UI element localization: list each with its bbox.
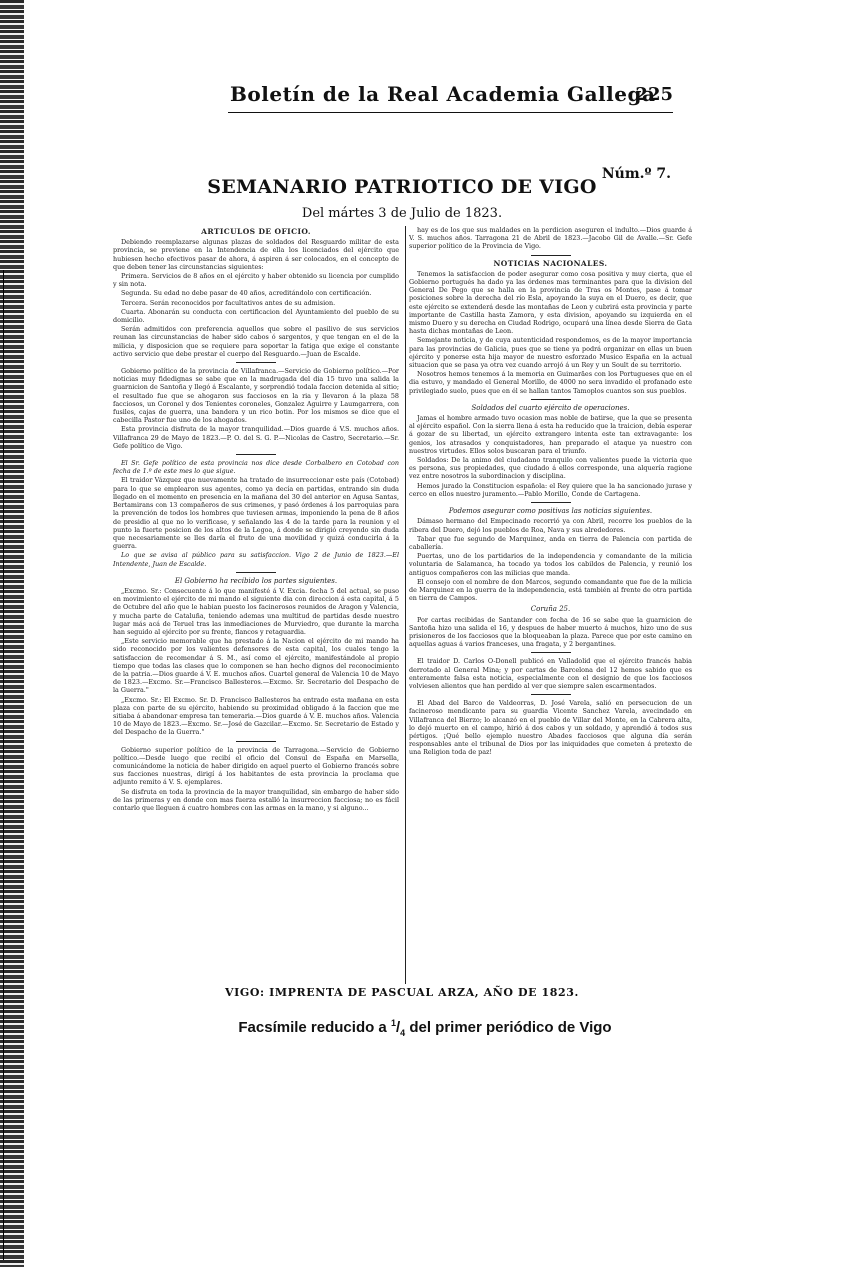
paragraph: „Excmo. Sr.: Consecuente á lo que manife…	[113, 587, 399, 636]
caption-fraction-numerator: 1	[391, 1018, 396, 1028]
divider	[531, 502, 571, 503]
paragraph: El traidor Vázquez que nuevamente ha tra…	[113, 476, 399, 550]
paragraph: Segunda. Su edad no debe pasar de 40 año…	[113, 289, 399, 297]
paragraph: Se disfruta en toda la provincia de la m…	[113, 788, 399, 813]
paragraph: Lo que se avisa al público para su satis…	[113, 551, 399, 567]
paragraph: El consejo con el nombre de don Marcos, …	[409, 578, 692, 603]
paragraph: Puertas, uno de los partidarios de la in…	[409, 552, 692, 577]
paragraph: El Abad del Barco de Valdeorras, D. José…	[409, 699, 692, 756]
newspaper-dateline: Del mártes 3 de Julio de 1823.	[113, 206, 691, 221]
subheading-noticias-positivas: Podemos asegurar como positivas las noti…	[409, 507, 692, 515]
divider	[236, 454, 276, 455]
printer-imprint: VIGO: IMPRENTA DE PASCUAL ARZA, AÑO DE 1…	[113, 986, 691, 999]
divider	[531, 652, 571, 653]
newspaper-facsimile: Núm.º 7. SEMANARIO PATRIOTICO DE VIGO De…	[113, 160, 691, 1010]
page-number: 225	[635, 84, 673, 105]
paragraph: Dámaso hermano del Empecinado recorrió y…	[409, 517, 692, 533]
newspaper-masthead: SEMANARIO PATRIOTICO DE VIGO	[113, 176, 691, 198]
paragraph: Esta provincia disfruta de la mayor tran…	[113, 425, 399, 450]
paragraph: Gobierno político de la provincia de Vil…	[113, 367, 399, 424]
paragraph: Gobierno superior político de la provinc…	[113, 746, 399, 787]
divider	[531, 399, 571, 400]
paragraph: Semejante noticia, y de cuya autenticida…	[409, 336, 692, 369]
paragraph: „Este servicio memorable que ha prestado…	[113, 637, 399, 694]
book-spine-edge	[3, 270, 4, 1260]
paragraph: hay es de los que sus maldades en la per…	[409, 226, 692, 251]
paragraph: Cuarta. Abonarán su conducta con certifi…	[113, 308, 399, 324]
divider	[236, 362, 276, 363]
figure-caption: Facsímile reducido a 1/4 del primer peri…	[0, 1018, 850, 1038]
paragraph: Jamas el hombre armado tuvo ocasion mas …	[409, 414, 692, 455]
journal-title: Boletín de la Real Academia Gallega	[230, 82, 655, 106]
paragraph: Por cartas recibidas de Santander con fe…	[409, 616, 692, 649]
paragraph: El traidor D. Carlos O-Donell publicó en…	[409, 657, 692, 690]
paragraph: Nosotros hemos tenemos á la memoria en G…	[409, 370, 692, 395]
subheading-gobierno-partes: El Gobierno ha recibido los partes sigui…	[113, 577, 399, 585]
subheading-coruna: Coruña 25.	[409, 605, 692, 613]
paragraph: „Excmo. Sr.: El Excmo. Sr. D. Francisco …	[113, 696, 399, 737]
caption-suffix: del primer periódico de Vigo	[405, 1019, 611, 1036]
paragraph: Tercera. Serán reconocidos por facultati…	[113, 299, 399, 307]
paragraph: Serán admitidos con preferencia aquellos…	[113, 325, 399, 358]
paragraph: Hemos jurado la Constitucion española: e…	[409, 482, 692, 498]
paragraph: Primera. Servicios de 8 años en el ejérc…	[113, 272, 399, 288]
subheading-gefe-politico: El Sr. Gefe político de esta provincia n…	[113, 459, 399, 475]
divider	[236, 741, 276, 742]
paragraph: Tabar que fue segundo de Marquinez, anda…	[409, 535, 692, 551]
divider	[531, 694, 571, 695]
paragraph: Debiendo reemplazarse algunas plazas de …	[113, 238, 399, 271]
divider	[236, 572, 276, 573]
divider	[531, 255, 571, 256]
paragraph: Soldados: De la animo del ciudadano tran…	[409, 456, 692, 481]
section-heading-noticias: NOTICIAS NACIONALES.	[409, 260, 692, 268]
section-heading-oficio: ARTICULOS DE OFICIO.	[113, 228, 399, 236]
subheading-soldados: Soldados del cuarto ejército de operacio…	[409, 404, 692, 412]
right-column: hay es de los que sus maldades en la per…	[405, 226, 692, 984]
paragraph: Tenemos la satisfaccion de poder asegura…	[409, 270, 692, 336]
caption-prefix: Facsímile reducido a	[238, 1019, 391, 1036]
running-header: Boletín de la Real Academia Gallega 225	[228, 82, 673, 113]
left-column: ARTICULOS DE OFICIO. Debiendo reemplazar…	[113, 226, 399, 813]
